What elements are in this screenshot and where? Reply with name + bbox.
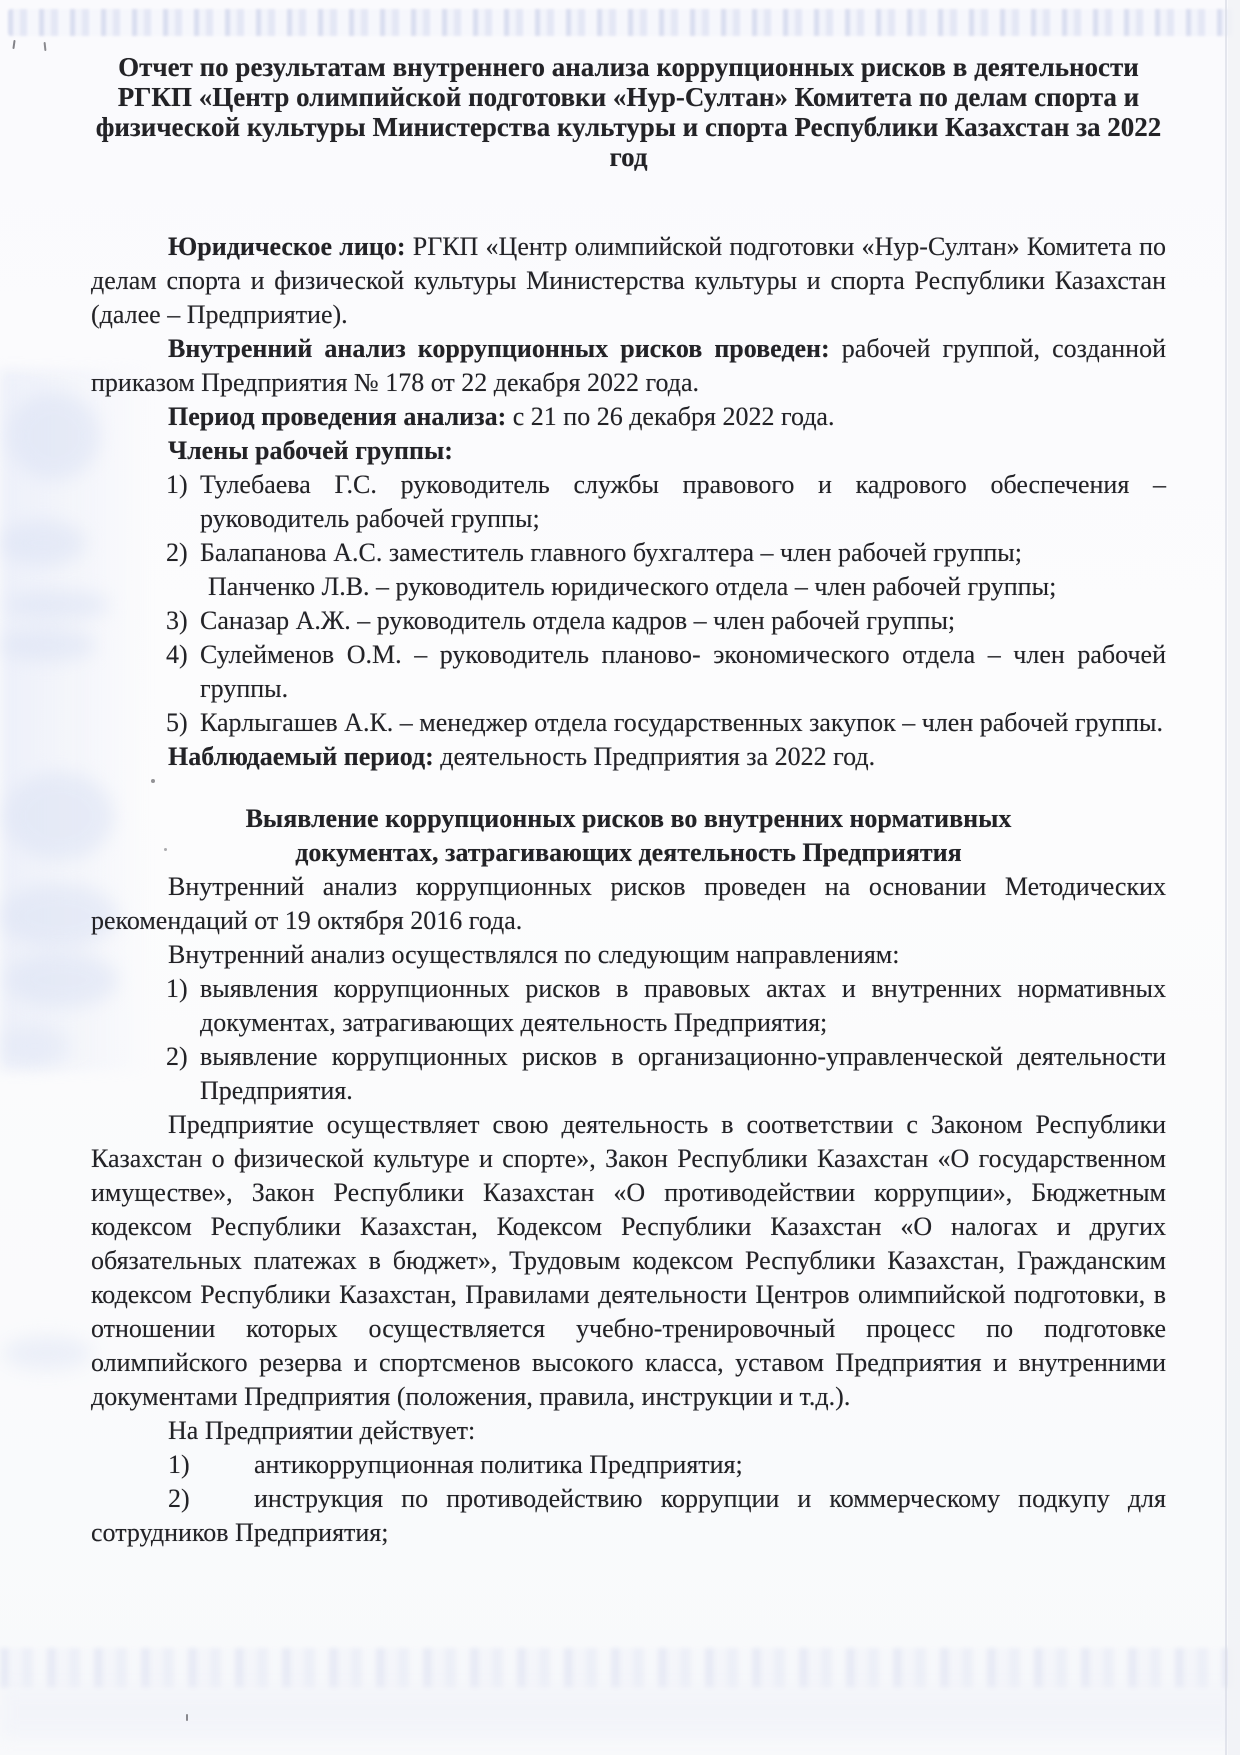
section-heading: Выявление коррупционных рисков во внутре… bbox=[214, 802, 1044, 870]
analysis-conducted-label: Внутренний анализ коррупционных рисков п… bbox=[168, 334, 830, 363]
list-item-number: 2) bbox=[166, 536, 188, 570]
list-item-number: 3) bbox=[166, 604, 188, 638]
legal-entity-label: Юридическое лицо: bbox=[168, 232, 406, 261]
scan-smudge bbox=[8, 392, 100, 480]
paragraph-working-group-heading: Члены рабочей группы: bbox=[91, 434, 1166, 468]
act-item-text: антикоррупционная политика Предприятия; bbox=[254, 1450, 743, 1479]
working-group-member-extra: Панченко Л.В. – руководитель юридическог… bbox=[200, 570, 1166, 604]
direction-item: 1)выявления коррупционных рисков в право… bbox=[91, 972, 1166, 1040]
paragraph-acts-intro: На Предприятии действует: bbox=[91, 1414, 1166, 1448]
paragraph-legal-entity: Юридическое лицо: РГКП «Центр олимпийско… bbox=[91, 230, 1166, 332]
working-group-member: 1)Тулебаева Г.С. руководитель службы пра… bbox=[91, 468, 1166, 536]
analysis-period-label: Период проведения анализа: bbox=[168, 402, 506, 431]
scan-smudge-bottom-wash bbox=[0, 1686, 1240, 1738]
list-item-number: 2) bbox=[168, 1482, 254, 1516]
scan-smudge-bottom-band bbox=[0, 1648, 1240, 1688]
paragraph-analysis-basis: Внутренний анализ коррупционных рисков п… bbox=[91, 870, 1166, 938]
working-group-member-text: Саназар А.Ж. – руководитель отдела кадро… bbox=[200, 606, 955, 635]
paragraph-analysis-period: Период проведения анализа: с 21 по 26 де… bbox=[91, 400, 1166, 434]
scan-smudge bbox=[0, 1026, 70, 1066]
scan-smudge-top-band bbox=[8, 9, 1232, 36]
list-item-number: 5) bbox=[166, 706, 188, 740]
working-group-heading-label: Члены рабочей группы: bbox=[168, 436, 453, 465]
working-group-member: 5)Карлыгашев А.К. – менеджер отдела госу… bbox=[91, 706, 1166, 740]
direction-item-text: выявления коррупционных рисков в правовы… bbox=[200, 974, 1166, 1037]
act-item: 1)антикоррупционная политика Предприятия… bbox=[91, 1448, 1166, 1482]
ink-speck bbox=[186, 1714, 188, 1721]
paragraph-enterprise-activity: Предприятие осуществляет свою деятельнос… bbox=[91, 1108, 1166, 1414]
observed-period-text: деятельность Предприятия за 2022 год. bbox=[434, 742, 875, 771]
direction-item-text: выявление коррупционных рисков в организ… bbox=[200, 1042, 1166, 1105]
observed-period-label: Наблюдаемый период: bbox=[168, 742, 434, 771]
act-item: 2)инструкция по противодействию коррупци… bbox=[91, 1482, 1166, 1550]
list-item-number: 1) bbox=[166, 468, 188, 502]
paragraph-observed-period: Наблюдаемый период: деятельность Предпри… bbox=[91, 740, 1166, 774]
working-group-member-text: Сулейменов О.М. – руководитель планово- … bbox=[200, 640, 1166, 703]
list-item-number: 4) bbox=[166, 638, 188, 672]
working-group-member-text: Балапанова А.С. заместитель главного бух… bbox=[200, 538, 1022, 567]
working-group-member: 4)Сулейменов О.М. – руководитель планово… bbox=[91, 638, 1166, 706]
scan-smudge bbox=[0, 628, 96, 662]
direction-item: 2)выявление коррупционных рисков в орган… bbox=[91, 1040, 1166, 1108]
scan-smudge bbox=[2, 1336, 92, 1370]
list-item-number: 2) bbox=[166, 1040, 188, 1074]
paragraph-analysis-conducted-by: Внутренний анализ коррупционных рисков п… bbox=[91, 332, 1166, 400]
list-item-number: 1) bbox=[166, 972, 188, 1006]
scanned-document-page: Отчет по результатам внутреннего анализа… bbox=[0, 0, 1240, 1755]
paragraph-directions-intro: Внутренний анализ осуществлялся по следу… bbox=[91, 938, 1166, 972]
working-group-member: 3)Саназар А.Ж. – руководитель отдела кад… bbox=[91, 604, 1166, 638]
document-body: Отчет по результатам внутреннего анализа… bbox=[91, 52, 1166, 1550]
directions-list: 1)выявления коррупционных рисков в право… bbox=[91, 972, 1166, 1108]
ink-speck bbox=[44, 42, 47, 51]
document-title: Отчет по результатам внутреннего анализа… bbox=[91, 52, 1166, 172]
list-item-number: 1) bbox=[168, 1448, 254, 1482]
scan-page-edge-margin bbox=[1228, 0, 1240, 1755]
working-group-member-text: Тулебаева Г.С. руководитель службы право… bbox=[200, 470, 1166, 533]
analysis-period-text: с 21 по 26 декабря 2022 года. bbox=[506, 402, 834, 431]
scan-page-edge-line bbox=[1225, 0, 1227, 1755]
working-group-list: 1)Тулебаева Г.С. руководитель службы пра… bbox=[91, 468, 1166, 740]
scan-smudge bbox=[0, 520, 86, 566]
ink-speck bbox=[12, 40, 15, 49]
working-group-member-text: Карлыгашев А.К. – менеджер отдела госуда… bbox=[200, 708, 1163, 737]
working-group-member: 2)Балапанова А.С. заместитель главного б… bbox=[91, 536, 1166, 604]
